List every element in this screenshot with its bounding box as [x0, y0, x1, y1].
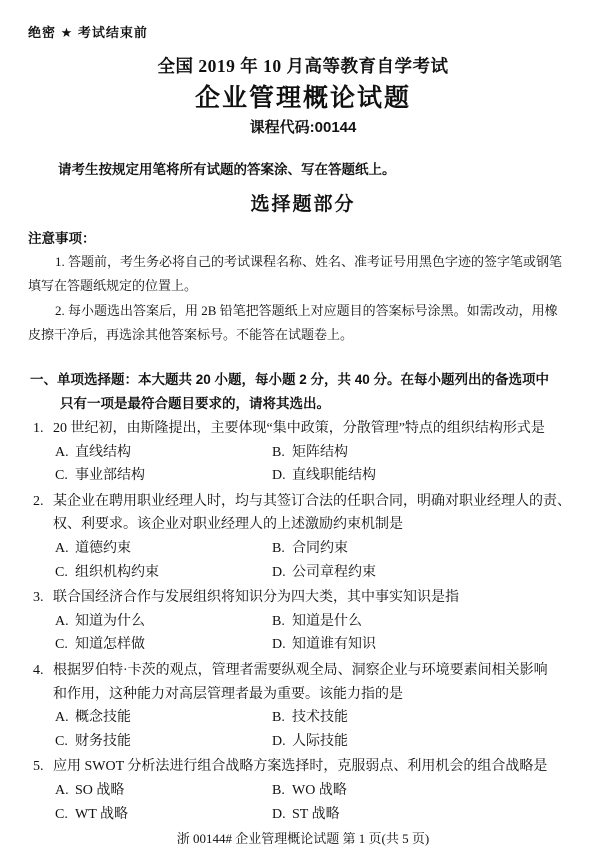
question-text: 某企业在聘用职业经理人时，均与其签订合法的任职合同，明确对职业经理人的责、 权、…: [53, 494, 571, 533]
option-label: B.: [272, 441, 292, 465]
option-text: 矩阵结构: [292, 445, 348, 460]
option-b: B.知道是什么: [272, 610, 578, 634]
option-c: C.事业部结构: [55, 464, 272, 488]
question-number: 4.: [33, 659, 53, 683]
option-text: 知道是什么: [292, 614, 362, 629]
exam-paper-page: 绝密 ★ 考试结束前 全国 2019 年 10 月高等教育自学考试 企业管理概论…: [0, 0, 606, 855]
options-grid: A.直线结构 B.矩阵结构 C.事业部结构 D.直线职能结构: [55, 441, 578, 488]
option-c: C.知道怎样做: [55, 633, 272, 657]
question-stem: 2.某企业在聘用职业经理人时，均与其签订合法的任职合同，明确对职业经理人的责、 …: [33, 490, 578, 537]
question-3: 3.联合国经济合作与发展组织将知识分为四大类，其中事实知识是指 A.知道为什么 …: [33, 586, 578, 657]
question-number: 1.: [33, 417, 53, 441]
option-b: B.技术技能: [272, 706, 578, 730]
paper-title: 企业管理概论试题: [28, 81, 578, 115]
options-grid: A.概念技能 B.技术技能 C.财务技能 D.人际技能: [55, 706, 578, 753]
option-label: D.: [272, 633, 292, 657]
option-text: 直线结构: [75, 445, 131, 460]
question-1: 1.20 世纪初，由斯隆提出，主要体现“集中政策，分散管理”特点的组织结构形式是…: [33, 417, 578, 488]
option-d: D.ST 战略: [272, 803, 578, 827]
option-text: WT 战略: [75, 807, 128, 822]
question-number: 3.: [33, 586, 53, 610]
question-stem: 3.联合国经济合作与发展组织将知识分为四大类，其中事实知识是指: [33, 586, 578, 610]
options-grid: A.SO 战略 B.WO 战略 C.WT 战略 D.ST 战略: [55, 779, 578, 826]
option-a: A.SO 战略: [55, 779, 272, 803]
option-text: 事业部结构: [75, 468, 145, 483]
instruction-line: 请考生按规定用笔将所有试题的答案涂、写在答题纸上。: [58, 161, 578, 179]
option-b: B.合同约束: [272, 537, 578, 561]
option-label: B.: [272, 706, 292, 730]
option-label: A.: [55, 441, 75, 465]
option-text: 组织机构约束: [75, 565, 159, 580]
option-a: A.知道为什么: [55, 610, 272, 634]
question-text: 20 世纪初，由斯隆提出，主要体现“集中政策，分散管理”特点的组织结构形式是: [53, 421, 545, 436]
option-text: SO 战略: [75, 783, 124, 798]
option-text: 概念技能: [75, 710, 131, 725]
option-label: A.: [55, 779, 75, 803]
option-c: C.财务技能: [55, 730, 272, 754]
option-a: A.概念技能: [55, 706, 272, 730]
option-a: A.直线结构: [55, 441, 272, 465]
option-text: 公司章程约束: [292, 565, 376, 580]
option-b: B.WO 战略: [272, 779, 578, 803]
option-label: D.: [272, 803, 292, 827]
option-label: A.: [55, 706, 75, 730]
option-d: D.人际技能: [272, 730, 578, 754]
question-stem: 1.20 世纪初，由斯隆提出，主要体现“集中政策，分散管理”特点的组织结构形式是: [33, 417, 578, 441]
option-a: A.道德约束: [55, 537, 272, 561]
option-label: C.: [55, 633, 75, 657]
question-2: 2.某企业在聘用职业经理人时，均与其签订合法的任职合同，明确对职业经理人的责、 …: [33, 490, 578, 584]
option-d: D.直线职能结构: [272, 464, 578, 488]
question-stem: 4.根据罗伯特·卡茨的观点，管理者需要纵观全局、洞察企业与环境要素间相关影响 和…: [33, 659, 578, 706]
option-text: 技术技能: [292, 710, 348, 725]
page-footer: 浙 00144# 企业管理概论试题 第 1 页(共 5 页): [28, 829, 578, 849]
options-grid: A.道德约束 B.合同约束 C.组织机构约束 D.公司章程约束: [55, 537, 578, 584]
option-label: D.: [272, 561, 292, 585]
option-text: 直线职能结构: [292, 468, 376, 483]
option-text: ST 战略: [292, 807, 340, 822]
question-text: 根据罗伯特·卡茨的观点，管理者需要纵观全局、洞察企业与环境要素间相关影响 和作用…: [53, 663, 548, 702]
question-4: 4.根据罗伯特·卡茨的观点，管理者需要纵观全局、洞察企业与环境要素间相关影响 和…: [33, 659, 578, 753]
option-text: 知道为什么: [75, 614, 145, 629]
option-text: 道德约束: [75, 541, 131, 556]
option-d: D.公司章程约束: [272, 561, 578, 585]
option-label: B.: [272, 537, 292, 561]
option-label: D.: [272, 730, 292, 754]
option-label: C.: [55, 730, 75, 754]
option-label: A.: [55, 610, 75, 634]
option-label: B.: [272, 779, 292, 803]
option-c: C.WT 战略: [55, 803, 272, 827]
option-text: 合同约束: [292, 541, 348, 556]
note-item-1: 1. 答题前，考生务必将自己的考试课程名称、姓名、准考证号用黑色字迹的签字笔或钢…: [28, 250, 578, 297]
exam-title: 全国 2019 年 10 月高等教育自学考试: [28, 53, 578, 79]
part-one-heading: 一、单项选择题：本大题共 20 小题，每小题 2 分，共 40 分。在每小题列出…: [30, 368, 578, 415]
notes-title: 注意事项：: [28, 230, 578, 248]
classification-banner: 绝密 ★ 考试结束前: [28, 25, 578, 41]
question-text: 应用 SWOT 分析法进行组合战略方案选择时，克服弱点、利用机会的组合战略是: [53, 759, 547, 774]
note-item-2: 2. 每小题选出答案后，用 2B 铅笔把答题纸上对应题目的答案标号涂黑。如需改动…: [28, 299, 578, 346]
option-text: WO 战略: [292, 783, 347, 798]
option-text: 知道怎样做: [75, 637, 145, 652]
option-b: B.矩阵结构: [272, 441, 578, 465]
question-number: 5.: [33, 755, 53, 779]
option-text: 财务技能: [75, 734, 131, 749]
option-label: C.: [55, 803, 75, 827]
option-label: D.: [272, 464, 292, 488]
question-stem: 5.应用 SWOT 分析法进行组合战略方案选择时，克服弱点、利用机会的组合战略是: [33, 755, 578, 779]
option-c: C.组织机构约束: [55, 561, 272, 585]
option-d: D.知道谁有知识: [272, 633, 578, 657]
options-grid: A.知道为什么 B.知道是什么 C.知道怎样做 D.知道谁有知识: [55, 610, 578, 657]
question-text: 联合国经济合作与发展组织将知识分为四大类，其中事实知识是指: [53, 590, 459, 605]
option-label: A.: [55, 537, 75, 561]
option-text: 知道谁有知识: [292, 637, 376, 652]
question-5: 5.应用 SWOT 分析法进行组合战略方案选择时，克服弱点、利用机会的组合战略是…: [33, 755, 578, 826]
option-label: C.: [55, 464, 75, 488]
option-label: C.: [55, 561, 75, 585]
course-code: 课程代码:00144: [28, 117, 578, 139]
option-text: 人际技能: [292, 734, 348, 749]
question-number: 2.: [33, 490, 53, 514]
section-heading: 选择题部分: [28, 192, 578, 218]
option-label: B.: [272, 610, 292, 634]
